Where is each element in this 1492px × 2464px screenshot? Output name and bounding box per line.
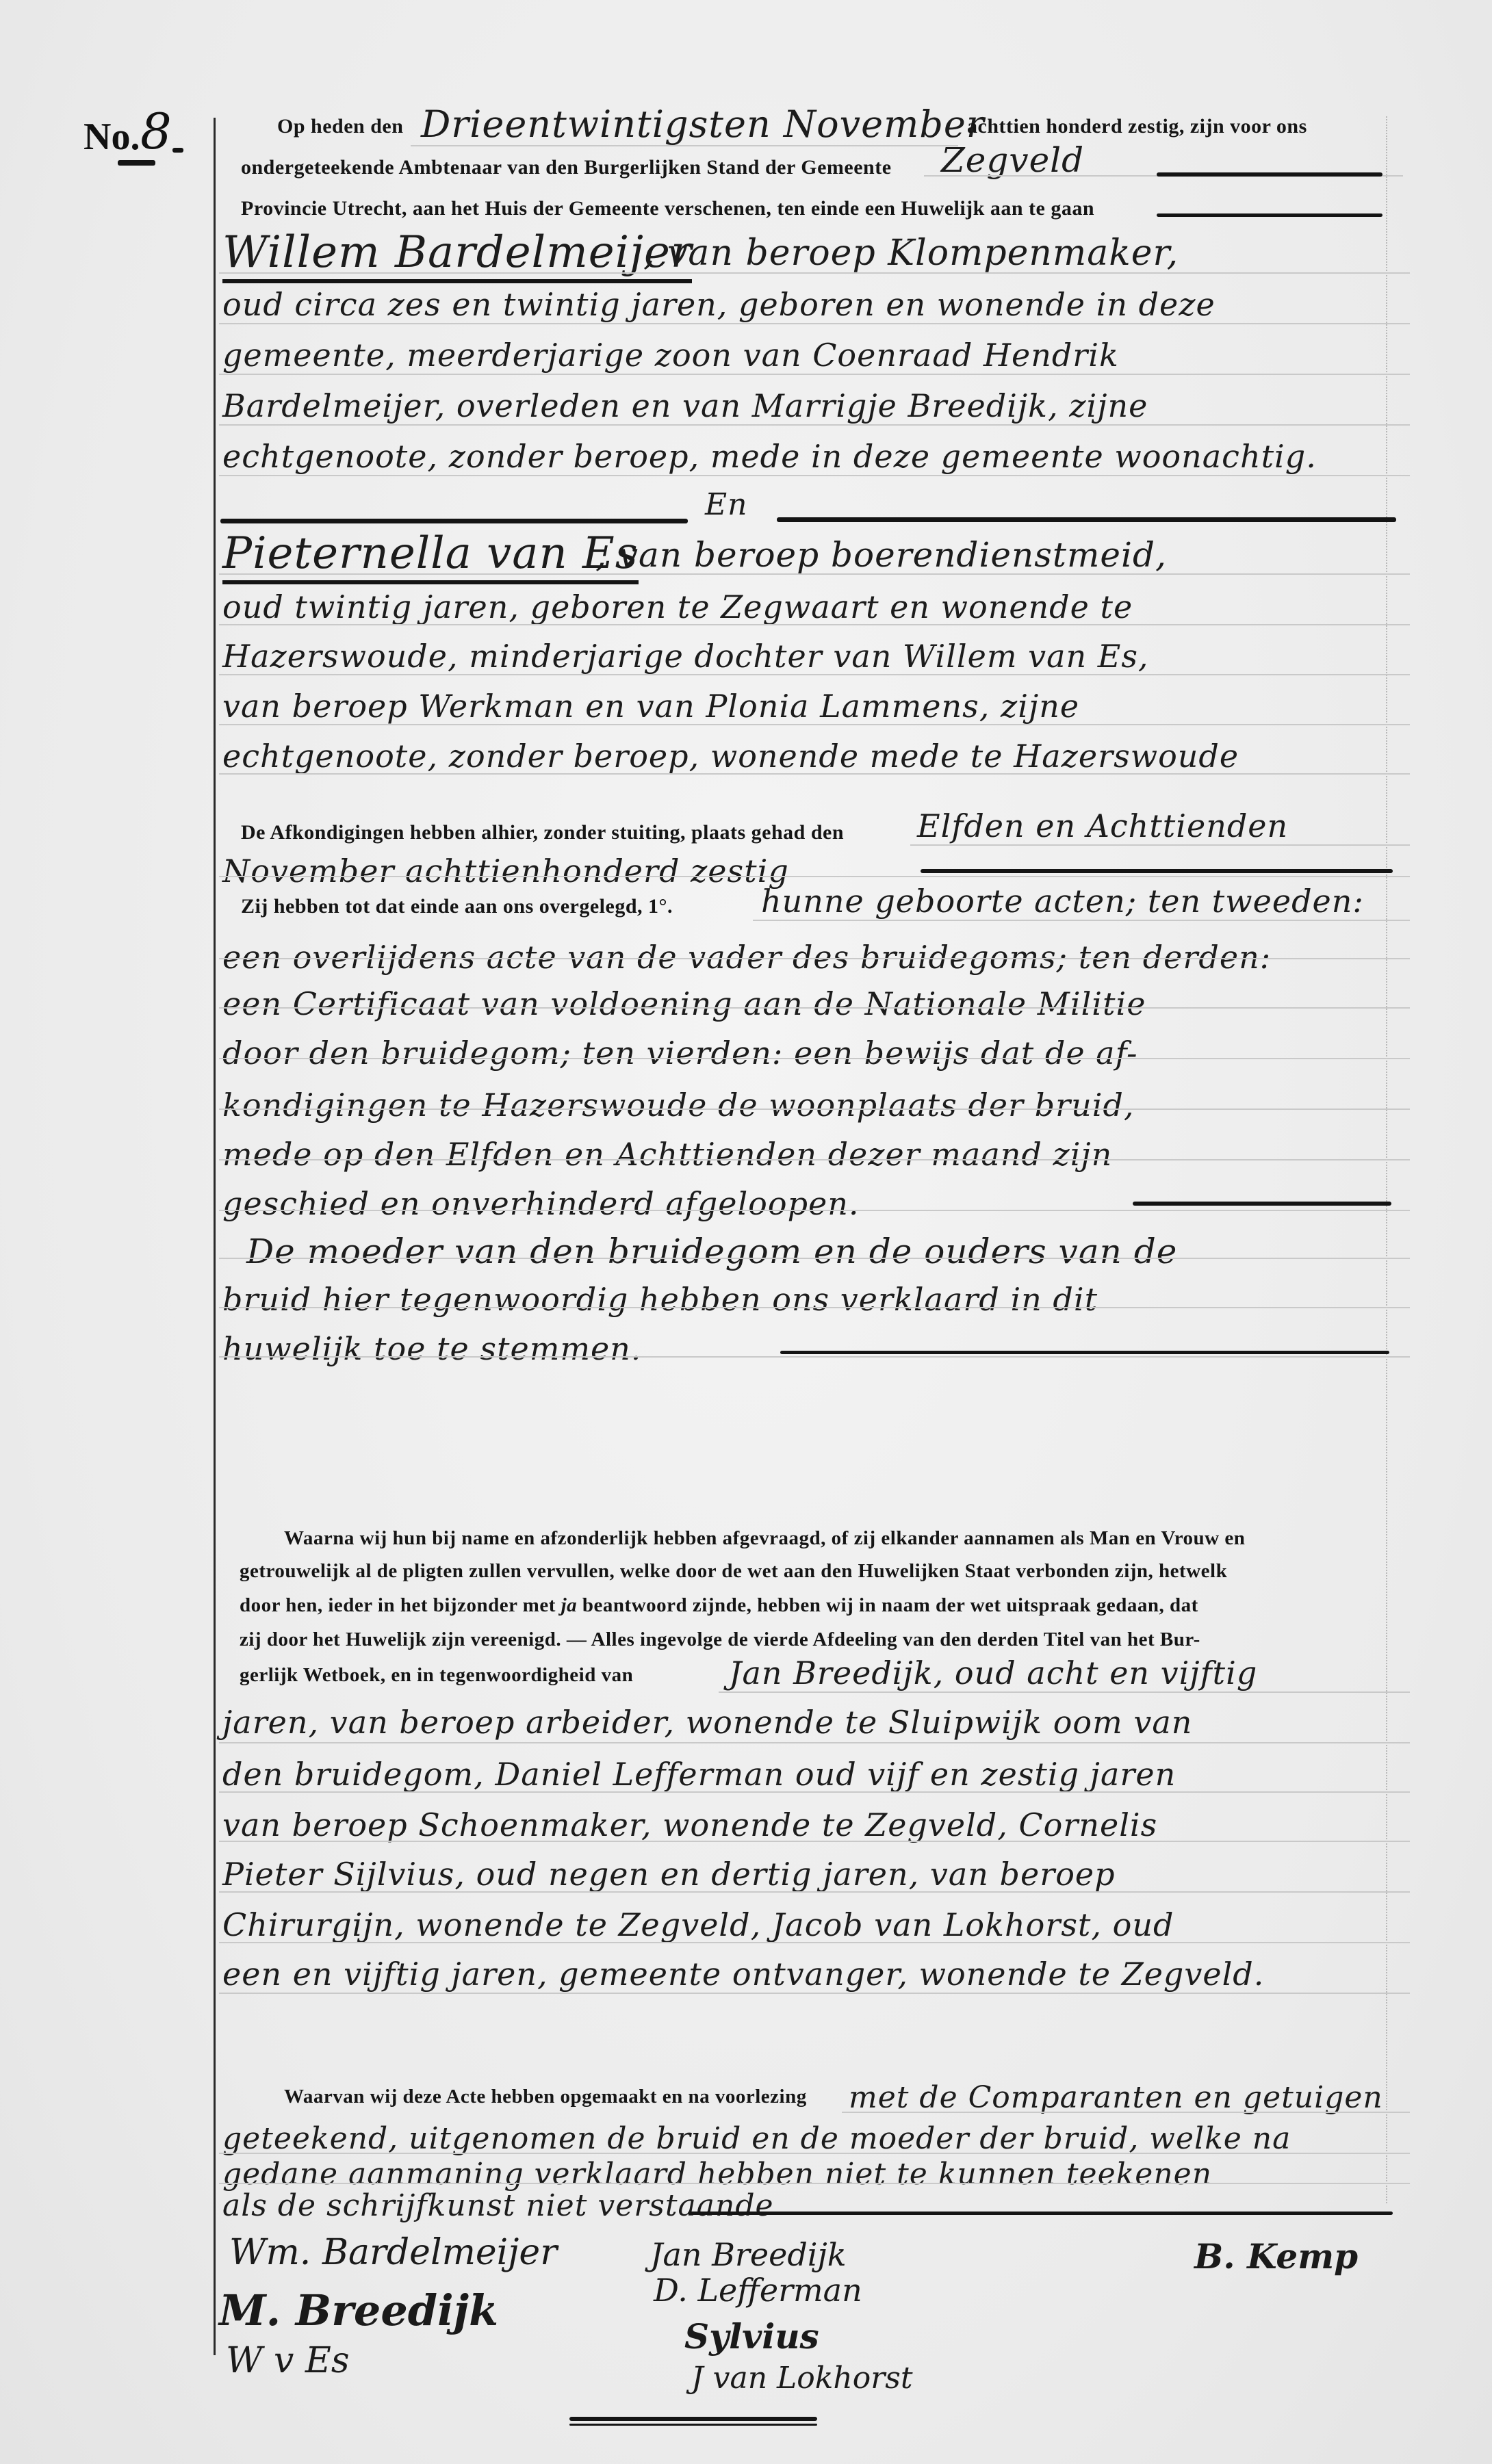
filler-line <box>1133 1202 1391 1206</box>
closing-rule-top <box>569 2417 817 2421</box>
docs-line-7: geschied en onverhinderd afgeloopen. <box>222 1185 859 1222</box>
ruled-line <box>219 1258 1410 1259</box>
ruled-line <box>219 1891 1410 1893</box>
groom-line-5: echtgenoote, zonder beroep, mede in deze… <box>222 438 1317 475</box>
ruled-line <box>219 1742 1410 1743</box>
ruled-line <box>219 1307 1410 1308</box>
and-divider-text: En <box>705 487 747 522</box>
ruled-line <box>910 844 1410 846</box>
signature-mother: M. Breedijk <box>219 2285 498 2335</box>
groom-line-1: , van beroep Klompenmaker, <box>643 233 1179 274</box>
print-overgelegd: Zij hebben tot dat einde aan ons overgel… <box>241 895 673 918</box>
civil-marriage-record-page: No. 8 Op heden den Drieentwintigsten Nov… <box>0 0 1492 2464</box>
ruled-line <box>219 958 1410 959</box>
print-waarna-1: Waarna wij hun bij name en afzonderlijk … <box>284 1527 1245 1550</box>
ruled-line <box>219 272 1410 274</box>
print-line-1a: Op heden den <box>277 115 403 138</box>
signature-witness-3: Sylvius <box>684 2316 819 2357</box>
witness-line-2: den bruidegom, Daniel Lefferman oud vijf… <box>222 1756 1176 1793</box>
closing-line-4: als de schrijfkunst niet verstaande <box>222 2188 774 2223</box>
record-number-label: No. <box>83 115 140 159</box>
bride-line-2: oud twintig jaren, geboren te Zegwaart e… <box>222 588 1133 625</box>
ruled-line <box>219 624 1410 625</box>
ruled-line <box>219 323 1410 324</box>
ruled-line <box>411 145 958 146</box>
witness-line-4: Pieter Sijlvius, oud negen en dertig jar… <box>222 1856 1116 1893</box>
ruled-line <box>219 1993 1410 1994</box>
print-line-1b: achttien honderd zestig, zijn voor ons <box>967 115 1307 138</box>
ruled-line <box>219 475 1410 476</box>
divider-right <box>777 517 1396 522</box>
witness-line-0: Jan Breedijk, oud acht en vijftig <box>729 1655 1257 1691</box>
bride-line-4: van beroep Werkman en van Plonia Lammens… <box>222 688 1079 725</box>
ruled-line <box>219 1791 1410 1793</box>
ruled-line <box>219 876 1410 877</box>
ruled-line <box>753 920 1410 921</box>
signature-witness-1: Jan Breedijk <box>650 2236 847 2273</box>
bride-line-3: Hazerswoude, minderjarige dochter van Wi… <box>222 638 1149 675</box>
signature-witness-4: J van Lokhorst <box>691 2361 913 2396</box>
closing-line-3: gedane aanmaning verklaard hebben niet t… <box>222 2157 1212 2192</box>
bride-line-1: , van beroep boerendienstmeid, <box>595 535 1167 575</box>
ruled-line <box>219 674 1410 675</box>
ruled-line <box>719 1691 1410 1693</box>
groom-name: Willem Bardelmeijer <box>222 227 692 278</box>
print-line-2: ondergeteekende Ambtenaar van den Burger… <box>241 156 892 179</box>
divider-left <box>220 519 688 523</box>
record-number-value: 8 <box>140 103 172 160</box>
ruled-line <box>219 2183 1410 2184</box>
ruled-line <box>219 724 1410 725</box>
banns-dates: Elfden en Achttienden <box>917 807 1288 844</box>
ruled-line <box>219 1159 1410 1160</box>
print-waarvan: Waarvan wij deze Acte hebben opgemaakt e… <box>284 2086 807 2108</box>
ruled-line <box>842 2112 1410 2113</box>
filler-line <box>1157 213 1382 217</box>
docs-line-3: een Certificaat van voldoening aan de Na… <box>222 985 1146 1022</box>
witness-line-1: jaren, van beroep arbeider, wonende te S… <box>222 1704 1192 1741</box>
ruled-line <box>219 1841 1410 1842</box>
witness-line-5: Chirurgijn, wonende te Zegveld, Jacob va… <box>222 1906 1174 1943</box>
print-afkondigingen: De Afkondigingen hebben alhier, zonder s… <box>241 821 844 844</box>
ruled-line <box>219 2153 1410 2154</box>
docs-line-4: door den bruidegom; ten vierden: een bew… <box>222 1035 1138 1072</box>
docs-line-5: kondigingen te Hazerswoude de woonplaats… <box>222 1087 1135 1124</box>
ruled-line <box>219 1007 1410 1009</box>
ruled-line <box>219 1356 1410 1358</box>
ruled-line <box>219 1210 1410 1211</box>
closing-line-1: met de Comparanten en getuigen <box>849 2080 1383 2115</box>
bride-line-5: echtgenoote, zonder beroep, wonende mede… <box>222 738 1239 775</box>
signature-witness-2: D. Lefferman <box>654 2272 862 2309</box>
ruled-line <box>219 773 1410 775</box>
print-waarna-2: getrouwelijk al de pligten zullen vervul… <box>240 1560 1227 1583</box>
ruled-line <box>219 1942 1410 1943</box>
closing-rule-bottom <box>569 2424 817 2426</box>
groom-line-3: gemeente, meerderjarige zoon van Coenraa… <box>222 337 1119 374</box>
ruled-line <box>219 424 1410 426</box>
municipality: Zegveld <box>941 140 1084 180</box>
marriage-date: Drieentwintigsten November <box>421 103 985 146</box>
record-number-dash <box>172 148 183 153</box>
print-waarna-3: door hen, ieder in het bijzonder met ja … <box>240 1594 1198 1617</box>
left-margin-rule <box>214 118 216 2355</box>
ruled-line <box>219 374 1410 375</box>
print-waarna-4: zij door het Huwelijk zijn vereenigd. — … <box>240 1629 1200 1651</box>
ruled-line <box>219 1108 1410 1110</box>
bride-name: Pieternella van Es <box>222 528 639 579</box>
print-line-3: Provincie Utrecht, aan het Huis der Geme… <box>241 197 1094 220</box>
filler-line <box>1157 172 1382 177</box>
banns-year: November achttienhonderd zestig <box>222 853 789 890</box>
docs-line-1: hunne geboorte acten; ten tweeden: <box>761 883 1364 920</box>
docs-line-6: mede op den Elfden en Achttienden dezer … <box>222 1136 1112 1173</box>
consent-line-3: huwelijk toe te stemmen. <box>222 1330 641 1367</box>
witness-line-3: van beroep Schoenmaker, wonende te Zegve… <box>222 1806 1157 1843</box>
groom-line-2: oud circa zes en twintig jaren, geboren … <box>222 286 1216 323</box>
filler-line <box>921 869 1393 873</box>
filler-line <box>688 2212 1393 2215</box>
filler-line <box>780 1351 1389 1354</box>
witness-line-6: een en vijftig jaren, gemeente ontvanger… <box>222 1956 1264 1993</box>
consent-line-2: bruid hier tegenwoordig hebben ons verkl… <box>222 1281 1098 1318</box>
ruled-line <box>219 573 1410 575</box>
docs-line-2: een overlijdens acte van de vader des br… <box>222 939 1271 976</box>
print-waarna-5: gerlijk Wetboek, en in tegenwoordigheid … <box>240 1664 633 1687</box>
record-number-underline <box>118 160 155 166</box>
signature-groom: Wm. Bardelmeijer <box>229 2232 557 2273</box>
signature-registrar: B. Kemp <box>1194 2236 1358 2277</box>
closing-line-2: geteekend, uitgenomen de bruid en de moe… <box>222 2121 1291 2156</box>
groom-line-4: Bardelmeijer, overleden en van Marrigje … <box>222 387 1148 424</box>
consent-line-1: De moeder van den bruidegom en de ouders… <box>246 1232 1177 1271</box>
signature-bride-father: W v Es <box>226 2340 350 2381</box>
ruled-line <box>219 1058 1410 1059</box>
